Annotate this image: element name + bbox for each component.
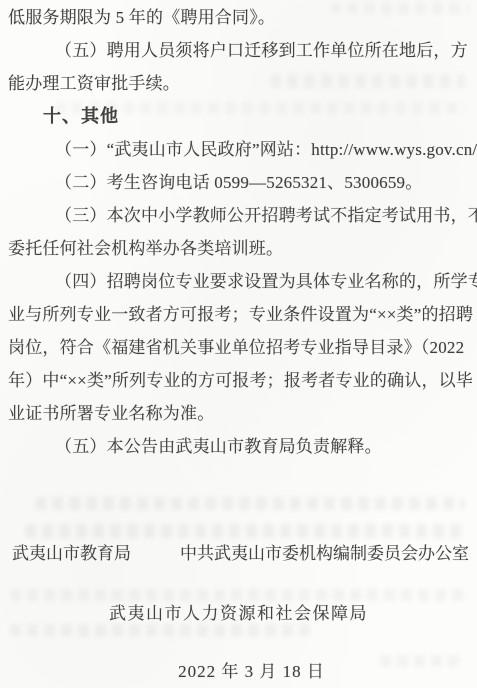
signature-row: 武夷山市教育局 中共武夷山市委机构编制委员会办公室: [12, 537, 469, 570]
text-line: （五）本公告由武夷山市教育局负责解释。: [8, 430, 467, 463]
document-body: 低服务期限为 5 年的《聘用合同》。 （五）聘用人员须将户口迁移到工作单位所在地…: [8, 1, 467, 463]
text-line: 业证书所署专业名称为准。: [8, 397, 467, 430]
text-line-with-url: （一）“武夷山市人民政府”网站：http://www.wys.gov.cn/: [8, 133, 467, 166]
bleedthrough-smudge: [35, 497, 465, 510]
text-line: 年）中“××类”所列专业的方可报考；报考者专业的确认，以毕: [8, 364, 467, 397]
text-line: 岗位，符合《福建省机关事业单位招考专业指导目录》（2022: [8, 331, 467, 364]
text-line: 能办理工资审批手续。: [8, 67, 467, 100]
scanned-notice-page: 低服务期限为 5 年的《聘用合同》。 （五）聘用人员须将户口迁移到工作单位所在地…: [0, 0, 477, 688]
text-line: （四）招聘岗位专业要求设置为具体专业名称的，所学专: [8, 265, 467, 298]
signature-hr-bureau: 武夷山市人力资源和社会保障局: [0, 597, 477, 630]
signature-committee-office: 中共武夷山市委机构编制委员会办公室: [180, 537, 469, 570]
text-line-with-phone: （二）考生咨询电话 0599—5265321、5300659。: [8, 166, 467, 199]
text-line: 委托任何社会机构举办各类培训班。: [8, 232, 467, 265]
signature-education-bureau: 武夷山市教育局: [12, 537, 131, 570]
section-heading: 十、其他: [8, 100, 467, 133]
text-line: （三）本次中小学教师公开招聘考试不指定考试用书，不: [8, 199, 467, 232]
bleedthrough-smudge: [25, 524, 465, 538]
text-line: 低服务期限为 5 年的《聘用合同》。: [8, 1, 467, 34]
text-line: 业与所列专业一致者方可报考；专业条件设置为“××类”的招聘: [8, 298, 467, 331]
text-line: （五）聘用人员须将户口迁移到工作单位所在地后，方: [8, 34, 467, 67]
document-date: 2022 年 3 月 18 日: [13, 655, 477, 688]
